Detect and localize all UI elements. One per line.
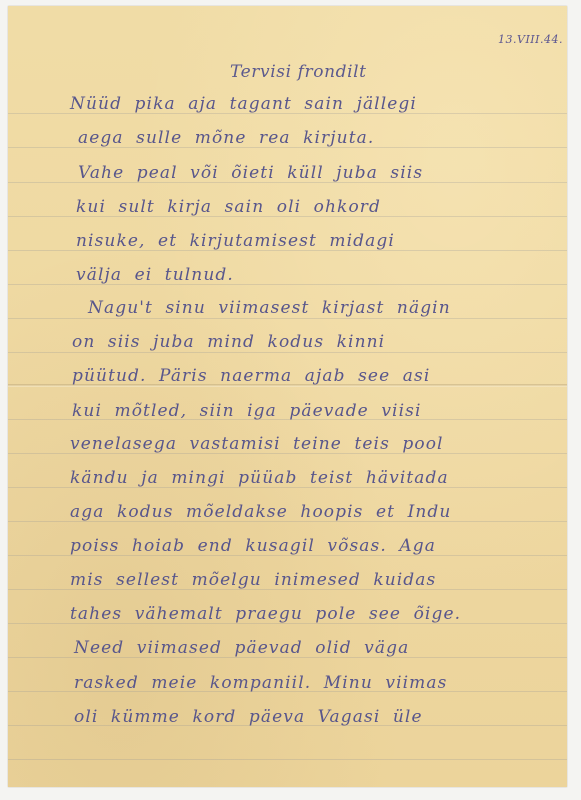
text-line: püütud. Päris naerma ajab see asi	[72, 366, 430, 386]
text-line: poiss hoiab end kusagil võsas. Aga	[70, 536, 436, 556]
text-line: on siis juba mind kodus kinni	[72, 332, 385, 352]
letter-title: Tervisi frondilt	[230, 62, 367, 82]
text-line: mis sellest mõelgu inimesed kuidas	[70, 570, 436, 590]
letter-date: 13.VIII.44.	[498, 33, 563, 46]
text-line: aega sulle mõne rea kirjuta.	[78, 128, 374, 148]
letter-page: 13.VIII.44. Tervisi frondilt Nüüd pika a…	[8, 6, 567, 787]
ruled-line	[8, 759, 567, 760]
ruled-line	[8, 318, 567, 319]
text-line: rasked meie kompaniil. Minu viimas	[74, 673, 447, 693]
text-line: aga kodus mõeldakse hoopis et Indu	[70, 502, 451, 522]
ruled-line	[8, 352, 567, 353]
text-line: kändu ja mingi püüab teist hävitada	[70, 468, 449, 488]
text-line: Vahe peal või õieti küll juba siis	[78, 163, 423, 183]
text-line: kui mõtled, siin iga päevade viisi	[72, 401, 421, 421]
text-line: Nagu't sinu viimasest kirjast nägin	[88, 298, 451, 318]
text-line: Nüüd pika aja tagant sain jällegi	[70, 94, 417, 114]
text-line: Need viimased päevad olid väga	[74, 638, 409, 658]
text-line: tahes vähemalt praegu pole see õige.	[70, 604, 461, 624]
text-line: välja ei tulnud.	[76, 265, 234, 285]
text-line: kui sult kirja sain oli ohkord	[76, 197, 381, 217]
text-line: oli kümme kord päeva Vagasi üle	[74, 707, 423, 727]
text-line: venelasega vastamisi teine teis pool	[70, 434, 444, 454]
text-line: nisuke, et kirjutamisest midagi	[76, 231, 395, 251]
